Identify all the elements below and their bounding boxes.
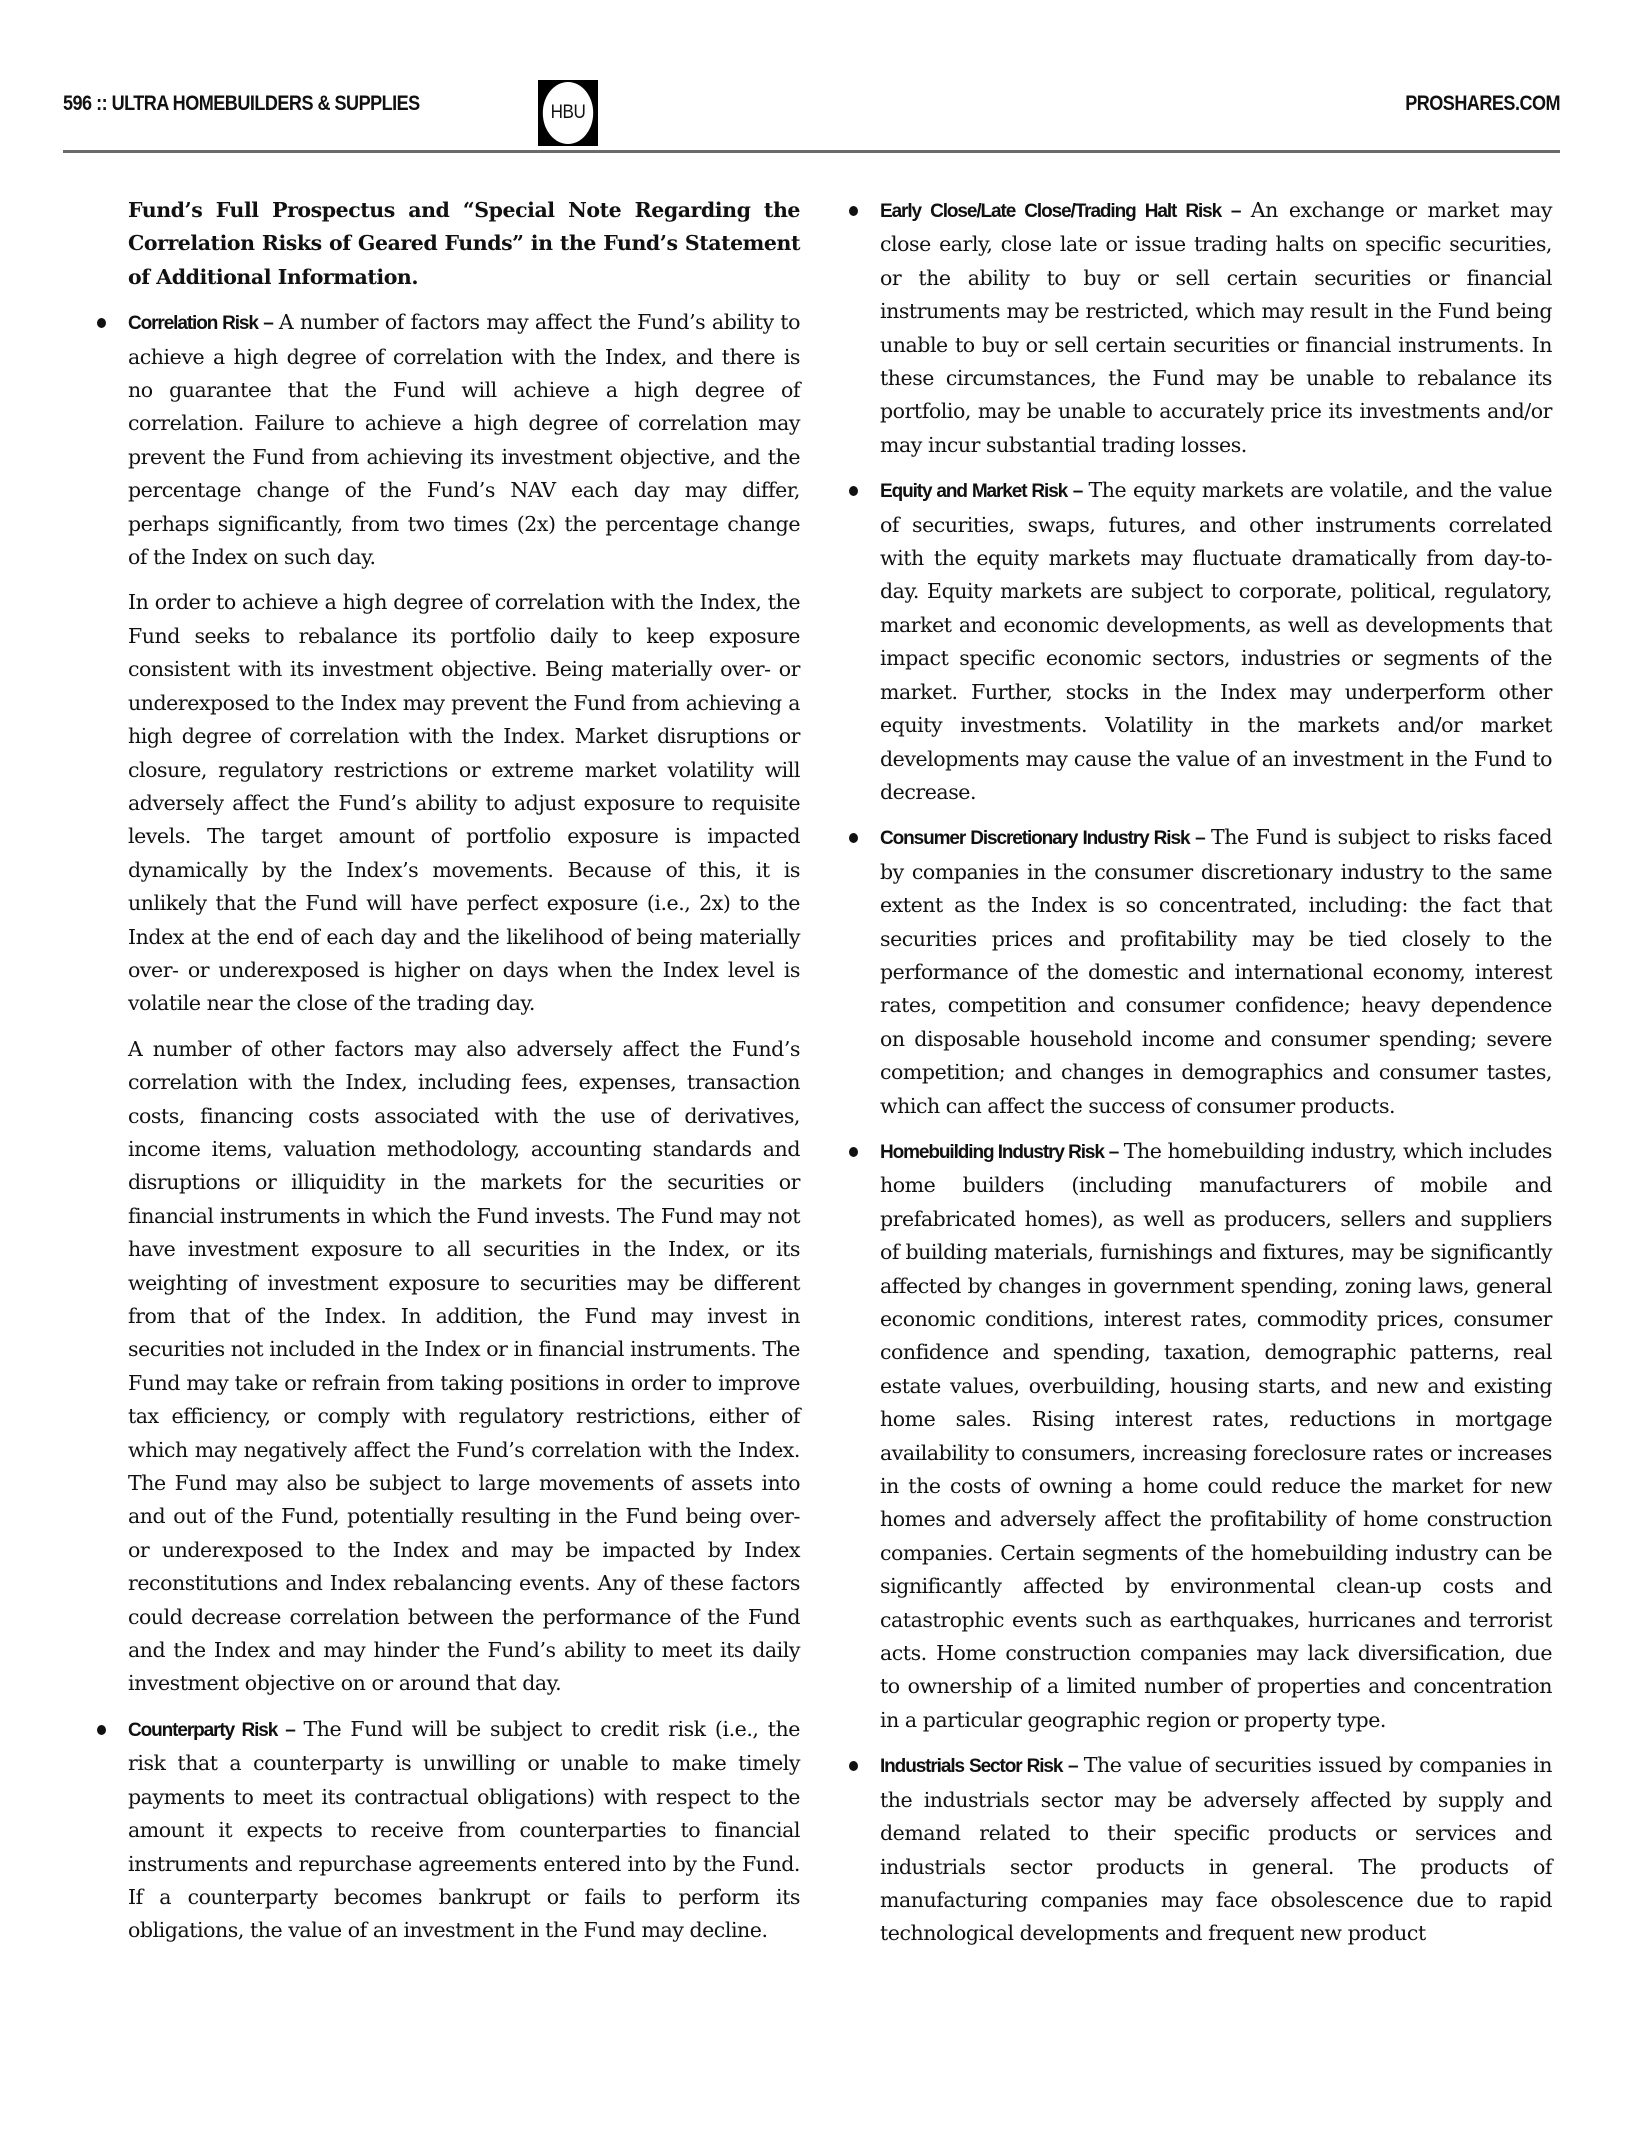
bullet-title: Homebuilding Industry Risk	[880, 1142, 1104, 1163]
bullet-title: Industrials Sector Risk	[880, 1756, 1062, 1777]
page-header-title: 596 :: ULTRA HOMEBUILDERS & SUPPLIES	[63, 92, 420, 116]
bullet-dash: –	[1062, 1756, 1083, 1777]
bullet-text: The Fund will be subject to credit risk …	[128, 1717, 800, 1942]
bullet-title: Consumer Discretionary Industry Risk	[880, 828, 1189, 849]
page-header: 596 :: ULTRA HOMEBUILDERS & SUPPLIES HBU…	[0, 0, 1650, 152]
bullet-text: The Fund is subject to risks faced by co…	[880, 825, 1552, 1117]
bullet-dash: –	[277, 1720, 303, 1741]
bullet-equity-market-risk: Equity and Market Risk – The equity mark…	[880, 474, 1552, 809]
bullet-icon	[849, 833, 858, 843]
bullet-dash: –	[1067, 481, 1088, 502]
hbu-logo-icon: HBU	[538, 80, 598, 146]
intro-bold-text: Fund’s Full Prospectus and “Special Note…	[128, 194, 800, 294]
bullet-title: Early Close/Late Close/Trading Halt Risk	[880, 201, 1221, 222]
correlation-risk-paragraph-2: In order to achieve a high degree of cor…	[128, 586, 800, 1020]
bullet-counterparty-risk: Counterparty Risk – The Fund will be sub…	[128, 1713, 800, 1948]
bullet-dash: –	[1104, 1142, 1124, 1163]
header-divider	[63, 150, 1560, 153]
bullet-icon	[849, 206, 858, 216]
site-link[interactable]: PROSHARES.COM	[1405, 92, 1560, 116]
bullet-dash: –	[1189, 828, 1211, 849]
bullet-text: The equity markets are volatile, and the…	[880, 478, 1552, 804]
bullet-title: Equity and Market Risk	[880, 481, 1067, 502]
bullet-title: Counterparty Risk	[128, 1720, 277, 1741]
bullet-dash: –	[1221, 201, 1251, 222]
bullet-text: The homebuilding industry, which include…	[880, 1139, 1552, 1732]
bullet-icon	[97, 1725, 106, 1735]
correlation-risk-paragraph-3: A number of other factors may also adver…	[128, 1033, 800, 1701]
left-column: Fund’s Full Prospectus and “Special Note…	[128, 194, 800, 1960]
bullet-early-close-risk: Early Close/Late Close/Trading Halt Risk…	[880, 194, 1552, 462]
right-column: Early Close/Late Close/Trading Halt Risk…	[880, 194, 1552, 1963]
logo-text: HBU	[543, 82, 593, 144]
bullet-dash: –	[258, 313, 279, 334]
bullet-text: A number of factors may affect the Fund’…	[128, 310, 800, 569]
bullet-correlation-risk: Correlation Risk – A number of factors m…	[128, 306, 800, 574]
bullet-title: Correlation Risk	[128, 313, 258, 334]
bullet-industrials-sector-risk: Industrials Sector Risk – The value of s…	[880, 1749, 1552, 1950]
bullet-homebuilding-risk: Homebuilding Industry Risk – The homebui…	[880, 1135, 1552, 1737]
bullet-consumer-discretionary-risk: Consumer Discretionary Industry Risk – T…	[880, 821, 1552, 1123]
bullet-icon	[97, 318, 106, 328]
bullet-icon	[849, 486, 858, 496]
bullet-text: An exchange or market may close early, c…	[880, 198, 1552, 457]
bullet-icon	[849, 1761, 858, 1771]
bullet-text: The value of securities issued by compa­…	[880, 1753, 1552, 1945]
bullet-icon	[849, 1147, 858, 1157]
